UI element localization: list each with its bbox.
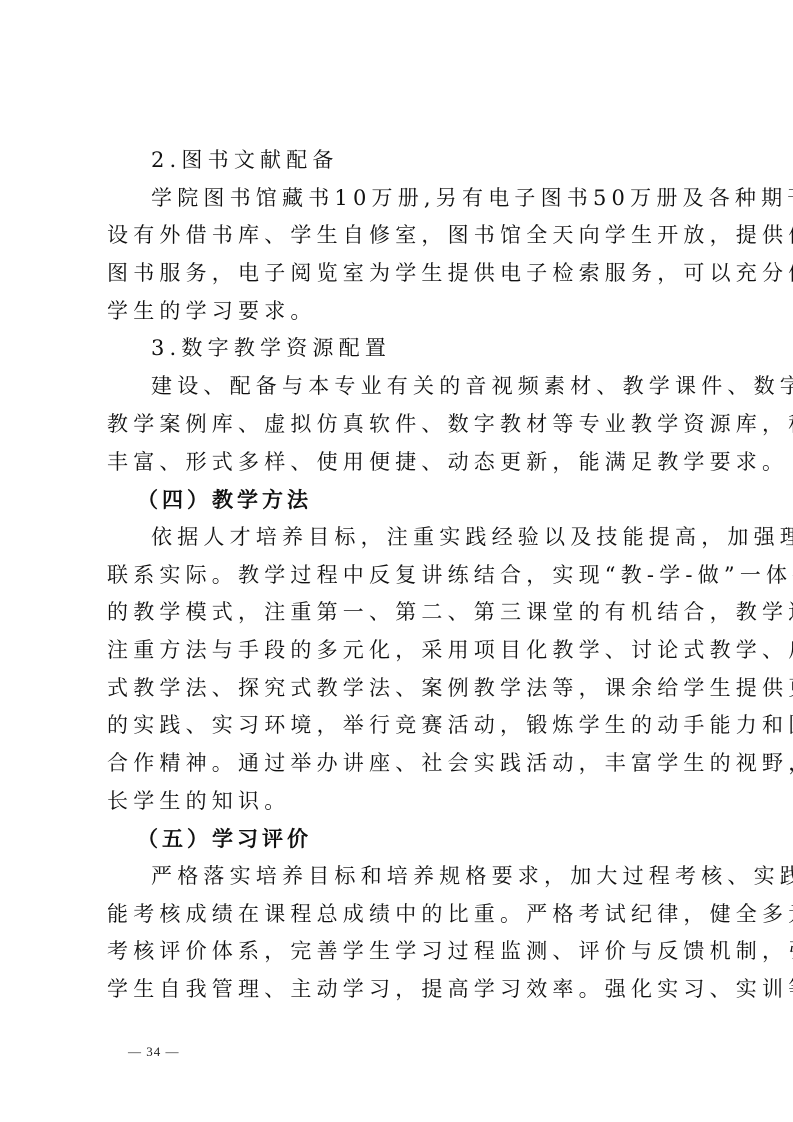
- section-heading-learning-evaluation: （五）学习评价: [107, 820, 715, 858]
- page-body: 2.图书文献配备 学院图书馆藏书10万册,另有电子图书50万册及各种期刊, 设有…: [107, 142, 715, 1009]
- paragraph-line: 学院图书馆藏书10万册,另有电子图书50万册及各种期刊,: [107, 180, 715, 218]
- paragraph-line: 合作精神。通过举办讲座、社会实践活动，丰富学生的视野，增: [107, 745, 715, 783]
- paragraph-line: 的教学模式，注重第一、第二、第三课堂的有机结合，教学过程: [107, 594, 715, 632]
- paragraph-line: 长学生的知识。: [107, 783, 715, 821]
- paragraph-line: 图书服务，电子阅览室为学生提供电子检索服务，可以充分保证: [107, 255, 715, 293]
- paragraph-line: 学生的学习要求。: [107, 293, 715, 331]
- paragraph-line: 考核评价体系，完善学生学习过程监测、评价与反馈机制，引导: [107, 933, 715, 971]
- paragraph-line: 注重方法与手段的多元化，采用项目化教学、讨论式教学、启发: [107, 632, 715, 670]
- paragraph-line: 教学案例库、虚拟仿真软件、数字教材等专业教学资源库，种类: [107, 406, 715, 444]
- section-heading-teaching-methods: （四）教学方法: [107, 481, 715, 519]
- paragraph-line: 严格落实培养目标和培养规格要求，加大过程考核、实践技: [107, 858, 715, 896]
- paragraph-line: 学生自我管理、主动学习，提高学习效率。强化实习、实训等实: [107, 971, 715, 1009]
- paragraph-line: 式教学法、探究式教学法、案例教学法等，课余给学生提供更多: [107, 670, 715, 708]
- paragraph-line: 建设、配备与本专业有关的音视频素材、教学课件、数字化: [107, 368, 715, 406]
- paragraph-line: 丰富、形式多样、使用便捷、动态更新，能满足教学要求。: [107, 444, 715, 482]
- paragraph-line: 设有外借书库、学生自修室，图书馆全天向学生开放，提供借阅: [107, 217, 715, 255]
- subheading-library-resources: 2.图书文献配备: [107, 142, 715, 180]
- document-page: 2.图书文献配备 学院图书馆藏书10万册,另有电子图书50万册及各种期刊, 设有…: [0, 0, 793, 1122]
- subheading-digital-resources: 3.数字教学资源配置: [107, 330, 715, 368]
- paragraph-line: 能考核成绩在课程总成绩中的比重。严格考试纪律，健全多元化: [107, 896, 715, 934]
- page-number: — 34 —: [128, 1044, 180, 1060]
- paragraph-line: 依据人才培养目标，注重实践经验以及技能提高，加强理论: [107, 519, 715, 557]
- paragraph-line: 的实践、实习环境，举行竞赛活动，锻炼学生的动手能力和团队: [107, 707, 715, 745]
- paragraph-line: 联系实际。教学过程中反复讲练结合，实现“教-学-做”一体化: [107, 557, 715, 595]
